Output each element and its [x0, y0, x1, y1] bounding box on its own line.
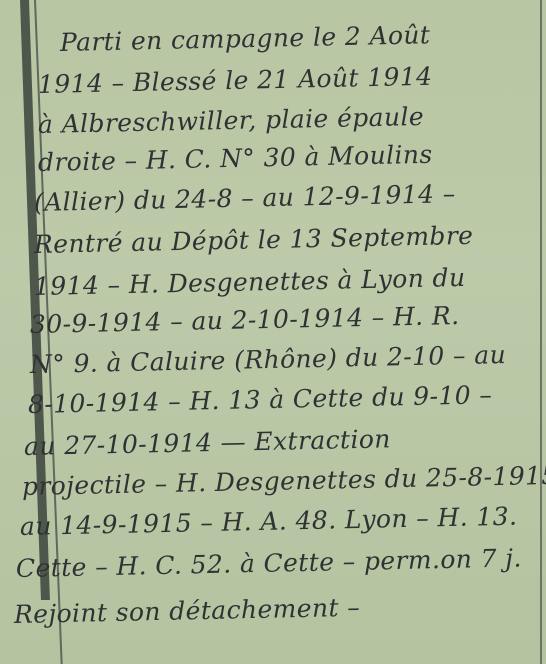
text-line-2: 1914 – Blessé le 21 Août 1914: [38, 62, 433, 99]
text-line-1: Parti en campagne le 2 Août: [60, 20, 431, 57]
text-line-11: au 27-10-1914 — Extraction: [24, 424, 391, 461]
document-page: Parti en campagne le 2 Août 1914 – Bless…: [0, 0, 546, 664]
column-rule-right: [540, 0, 542, 664]
text-line-10: 8-10-1914 – H. 13 à Cette du 9-10 –: [28, 380, 493, 419]
text-line-15: Rejoint son détachement –: [14, 593, 361, 629]
text-line-5: (Allier) du 24-8 – au 12-9-1914 –: [34, 179, 456, 217]
text-line-4: droite – H. C. N° 30 à Moulins: [38, 140, 433, 177]
text-line-14: Cette – H. C. 52. à Cette – perm.on 7 j.: [16, 543, 522, 583]
text-line-12: projectile – H. Desgenettes du 25-8-1915: [22, 461, 546, 501]
text-line-9: N° 9. à Caluire (Rhône) du 2-10 – au: [30, 340, 507, 379]
text-line-8: 30-9-1914 – au 2-10-1914 – H. R.: [30, 301, 460, 339]
text-line-13: au 14-9-1915 – H. A. 48. Lyon – H. 13.: [20, 502, 518, 541]
text-line-3: à Albreschwiller, plaie épaule: [38, 102, 425, 139]
text-line-7: 1914 – H. Desgenettes à Lyon du: [34, 263, 466, 301]
text-line-6: Rentré au Dépôt le 13 Septembre: [34, 221, 474, 259]
